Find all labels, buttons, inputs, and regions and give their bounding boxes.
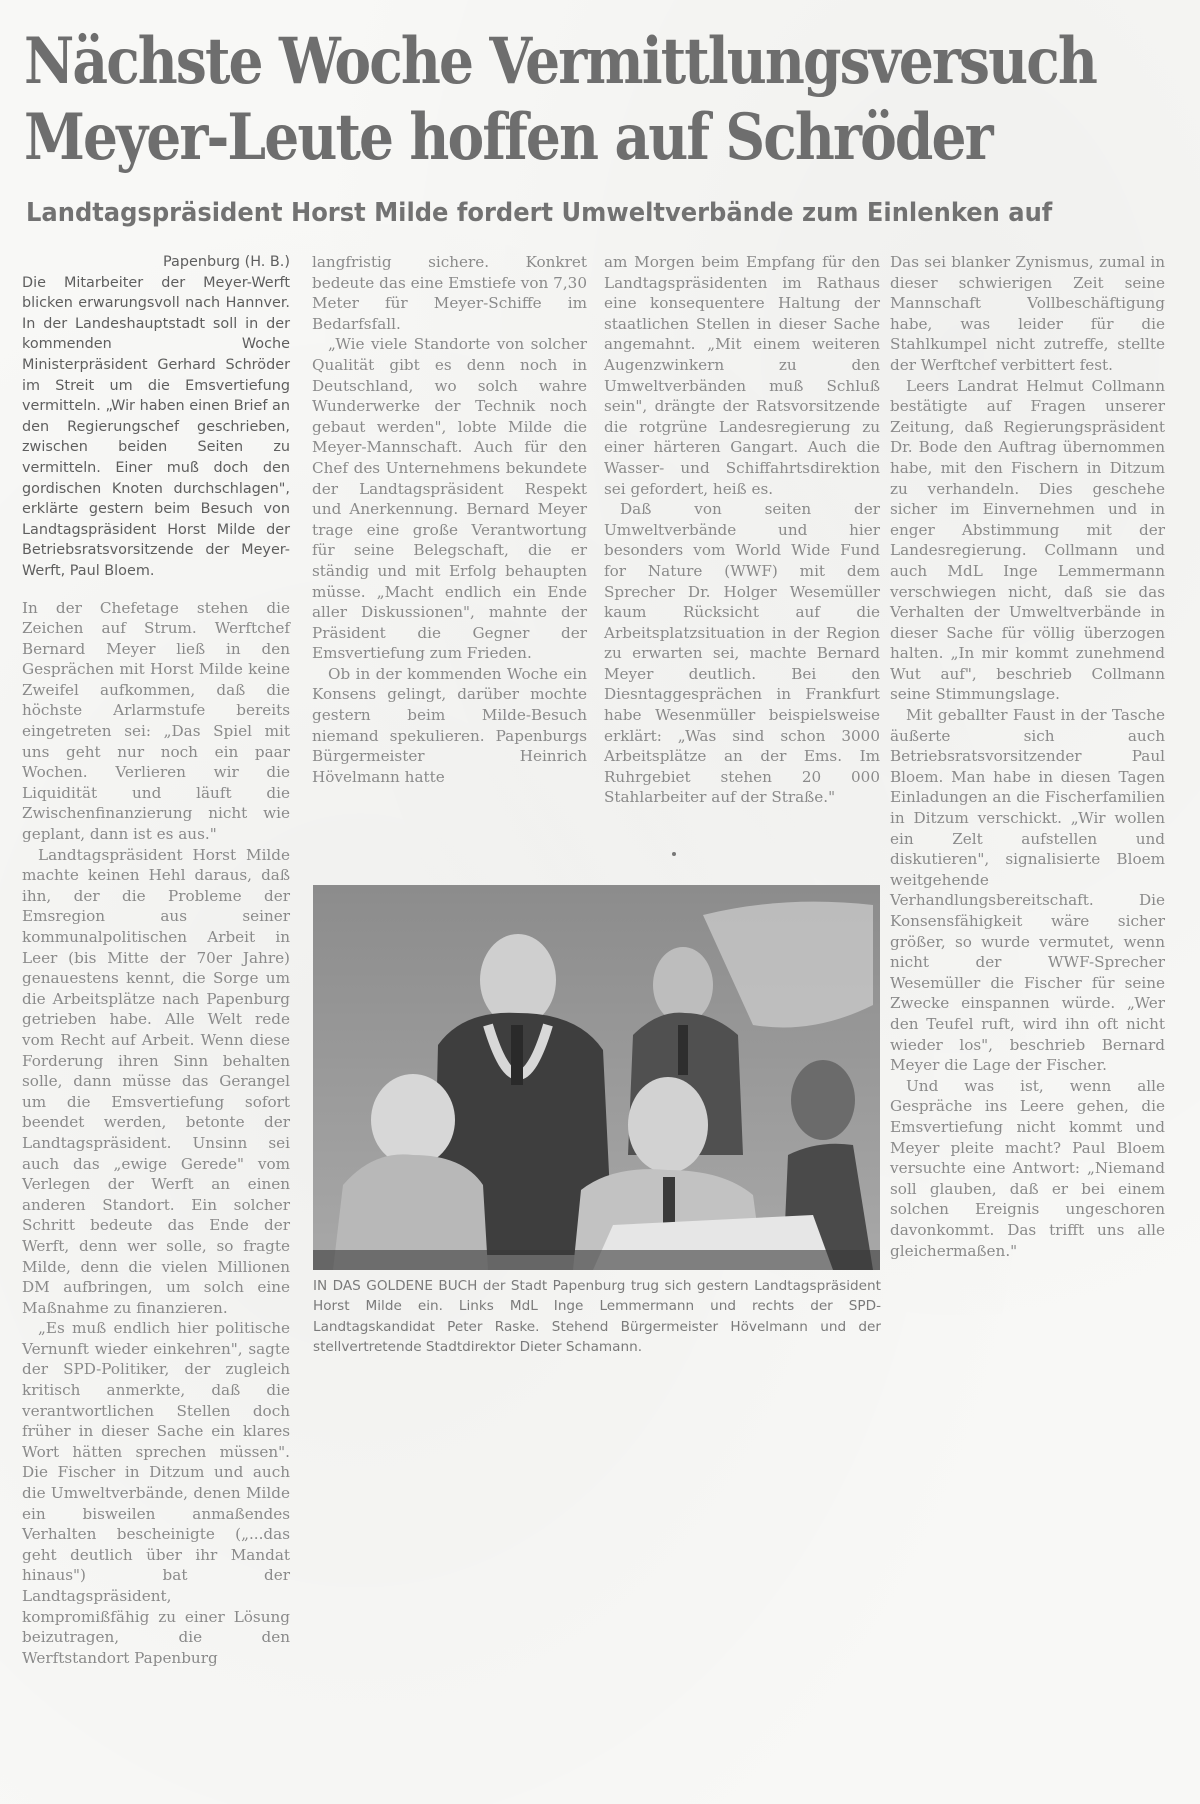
body-paragraph: Daß von seiten der Umweltverbände und hi…: [604, 499, 880, 808]
column-1: Papenburg (H. B.) Die Mitarbeiter der Me…: [22, 252, 290, 1668]
body-paragraph: Mit geballter Faust in der Tasche äußert…: [890, 705, 1165, 1076]
headline-line-2: Meyer-Leute hoffen auf Schröder: [24, 100, 1013, 176]
lead-text: Die Mitarbeiter der Meyer-Werft blicken …: [22, 275, 290, 579]
body-paragraph: Landtagspräsident Horst Milde machte kei…: [22, 845, 290, 1319]
column-3: am Morgen beim Empfang für den Landtagsp…: [604, 252, 880, 808]
body-paragraph: Leers Landrat Helmut Collmann bestätigte…: [890, 376, 1165, 706]
separator-dot: [672, 852, 676, 856]
body-paragraph: Das sei blanker Zynismus, zumal in diese…: [890, 252, 1165, 376]
body-paragraph: „Es muß endlich hier politische Vernunft…: [22, 1318, 290, 1668]
column-4: Das sei blanker Zynismus, zumal in diese…: [890, 252, 1165, 1261]
photo-caption: IN DAS GOLDENE BUCH der Stadt Papenburg …: [313, 1276, 881, 1357]
news-photo: [313, 885, 880, 1270]
column-2: langfristig sichere. Konkret bedeute das…: [312, 252, 587, 787]
body-paragraph: Und was ist, wenn alle Gespräche ins Lee…: [890, 1076, 1165, 1261]
body-paragraph: langfristig sichere. Konkret bedeute das…: [312, 252, 587, 334]
caption-lead: IN DAS GOLDENE BUCH: [313, 1278, 477, 1294]
lead-paragraph: Papenburg (H. B.) Die Mitarbeiter der Me…: [22, 252, 290, 582]
body-paragraph: Ob in der kommenden Woche ein Konsens ge…: [312, 664, 587, 788]
body-paragraph: am Morgen beim Empfang für den Landtagsp…: [604, 252, 880, 499]
dateline: Papenburg (H. B.): [22, 252, 290, 273]
photo-illustration: [313, 885, 880, 1270]
headline: Nächste Woche Vermittlungsversuch Meyer-…: [24, 24, 1013, 176]
body-paragraph: In der Chefetage stehen die Zeichen auf …: [22, 598, 290, 845]
body-paragraph: „Wie viele Standorte von solcher Qualitä…: [312, 334, 587, 664]
headline-line-1: Nächste Woche Vermittlungsversuch: [24, 24, 1013, 100]
subheadline: Landtagspräsident Horst Milde fordert Um…: [26, 196, 1096, 230]
